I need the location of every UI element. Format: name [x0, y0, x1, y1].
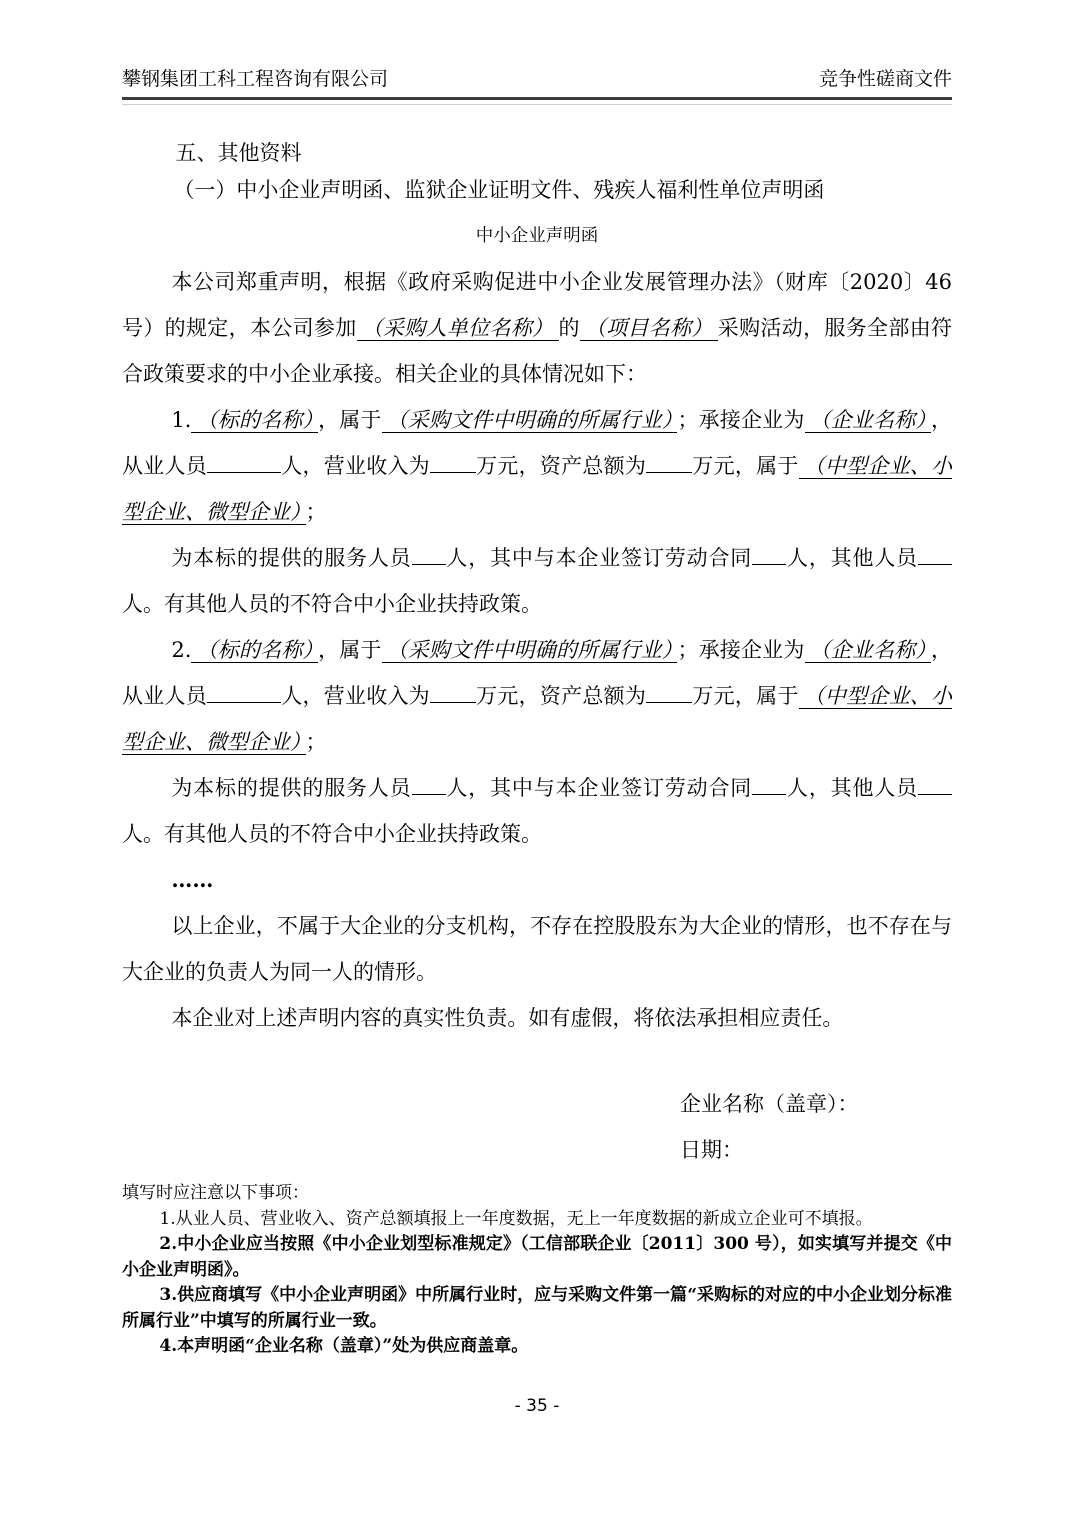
page-number: - 35 - — [0, 1396, 1074, 1416]
intro-text-2: 的 — [559, 316, 580, 340]
closing-paragraph-2: 本企业对上述声明内容的真实性负责。如有虚假，将依法承担相应责任。 — [122, 995, 952, 1041]
item-text: ； — [306, 730, 327, 754]
other-staff-blank — [918, 543, 952, 565]
service-text: 人，其他人员 — [786, 546, 918, 570]
declaration-title: 中小企业声明函 — [122, 225, 952, 247]
service-staff-blank — [412, 543, 446, 565]
service-text: 人，其中与本企业签订劳动合同 — [446, 776, 753, 800]
item-text: ； — [306, 500, 327, 524]
purchaser-name-field: （采购人单位名称） — [357, 316, 559, 341]
note-item-2: 2.中小企业应当按照《中小企业划型标准规定》（工信部联企业〔2011〕300 号… — [122, 1232, 952, 1283]
page-header: 攀钢集团工科工程咨询有限公司 竞争性磋商文件 — [122, 0, 952, 92]
intro-paragraph: 本公司郑重声明，根据《政府采购促进中小企业发展管理办法》（财库〔2020〕46号… — [122, 259, 952, 397]
item-text: ，属于 — [318, 408, 382, 432]
header-doc-type: 竞争性磋商文件 — [819, 66, 952, 92]
contract-staff-blank — [752, 773, 786, 795]
service-text: 人，其他人员 — [786, 776, 918, 800]
subject-name-field: （标的名称） — [191, 638, 318, 663]
item-text: ，属于 — [318, 638, 382, 662]
item-number: 2. — [171, 638, 191, 662]
item-1-service-paragraph: 为本标的提供的服务人员人，其中与本企业签订劳动合同人，其他人员人。有其他人员的不… — [122, 535, 952, 627]
header-company-name: 攀钢集团工科工程咨询有限公司 — [122, 66, 388, 92]
item-1-paragraph: 1.（标的名称），属于（采购文件中明确的所属行业）；承接企业为（企业名称），从业… — [122, 397, 952, 535]
industry-field: （采购文件中明确的所属行业） — [382, 638, 678, 663]
ellipsis-line: …… — [122, 857, 952, 903]
revenue-blank — [430, 681, 476, 703]
industry-field: （采购文件中明确的所属行业） — [382, 408, 678, 433]
assets-blank — [646, 681, 692, 703]
service-text: 为本标的提供的服务人员 — [171, 546, 411, 570]
item-text: 万元，属于 — [692, 454, 798, 478]
item-text: ；承接企业为 — [677, 638, 804, 662]
item-text: 万元，资产总额为 — [476, 454, 646, 478]
item-text: 万元，属于 — [692, 684, 798, 708]
note-item-3: 3.供应商填写《中小企业声明函》中所属行业时，应与采购文件第一篇“采购标的对应的… — [122, 1283, 952, 1334]
service-text: 人，其中与本企业签订劳动合同 — [446, 546, 753, 570]
other-staff-blank — [918, 773, 952, 795]
date-line: 日期： — [680, 1127, 952, 1173]
company-name-field: （企业名称） — [805, 638, 932, 663]
document-page: 攀钢集团工科工程咨询有限公司 竞争性磋商文件 五、其他资料 （一）中小企业声明函… — [0, 0, 1074, 1520]
header-rule — [122, 97, 952, 105]
document-body: 五、其他资料 （一）中小企业声明函、监狱企业证明文件、残疾人福利性单位声明函 中… — [122, 139, 952, 1360]
company-seal-line: 企业名称（盖章）： — [680, 1081, 952, 1127]
project-name-field: （项目名称） — [580, 316, 718, 341]
service-staff-blank — [412, 773, 446, 795]
assets-blank — [646, 451, 692, 473]
note-item-4: 4.本声明函“企业名称（盖章）”处为供应商盖章。 — [122, 1334, 952, 1360]
service-text: 为本标的提供的服务人员 — [171, 776, 411, 800]
item-text: 人，营业收入为 — [281, 454, 430, 478]
item-number: 1. — [171, 408, 191, 432]
signature-block: 企业名称（盖章）： 日期： — [122, 1081, 952, 1173]
section-heading: 五、其他资料 — [122, 139, 952, 167]
closing-paragraph-1: 以上企业，不属于大企业的分支机构，不存在控股股东为大企业的情形，也不存在与大企业… — [122, 903, 952, 995]
service-text: 人。有其他人员的不符合中小企业扶持政策。 — [122, 822, 542, 846]
item-text: ；承接企业为 — [677, 408, 804, 432]
service-text: 人。有其他人员的不符合中小企业扶持政策。 — [122, 592, 542, 616]
note-item-1: 1.从业人员、营业收入、资产总额填报上一年度数据，无上一年度数据的新成立企业可不… — [122, 1207, 952, 1233]
revenue-blank — [430, 451, 476, 473]
company-name-field: （企业名称） — [805, 408, 932, 433]
item-2-service-paragraph: 为本标的提供的服务人员人，其中与本企业签订劳动合同人，其他人员人。有其他人员的不… — [122, 765, 952, 857]
employee-count-blank — [207, 681, 281, 703]
item-text: 人，营业收入为 — [281, 684, 430, 708]
contract-staff-blank — [752, 543, 786, 565]
subsection-heading: （一）中小企业声明函、监狱企业证明文件、残疾人福利性单位声明函 — [122, 176, 952, 204]
employee-count-blank — [207, 451, 281, 473]
item-2-paragraph: 2.（标的名称），属于（采购文件中明确的所属行业）；承接企业为（企业名称），从业… — [122, 627, 952, 765]
item-text: 万元，资产总额为 — [476, 684, 646, 708]
notes-section: 填写时应注意以下事项： 1.从业人员、营业收入、资产总额填报上一年度数据，无上一… — [122, 1181, 952, 1360]
notes-title: 填写时应注意以下事项： — [122, 1181, 952, 1207]
subject-name-field: （标的名称） — [191, 408, 318, 433]
